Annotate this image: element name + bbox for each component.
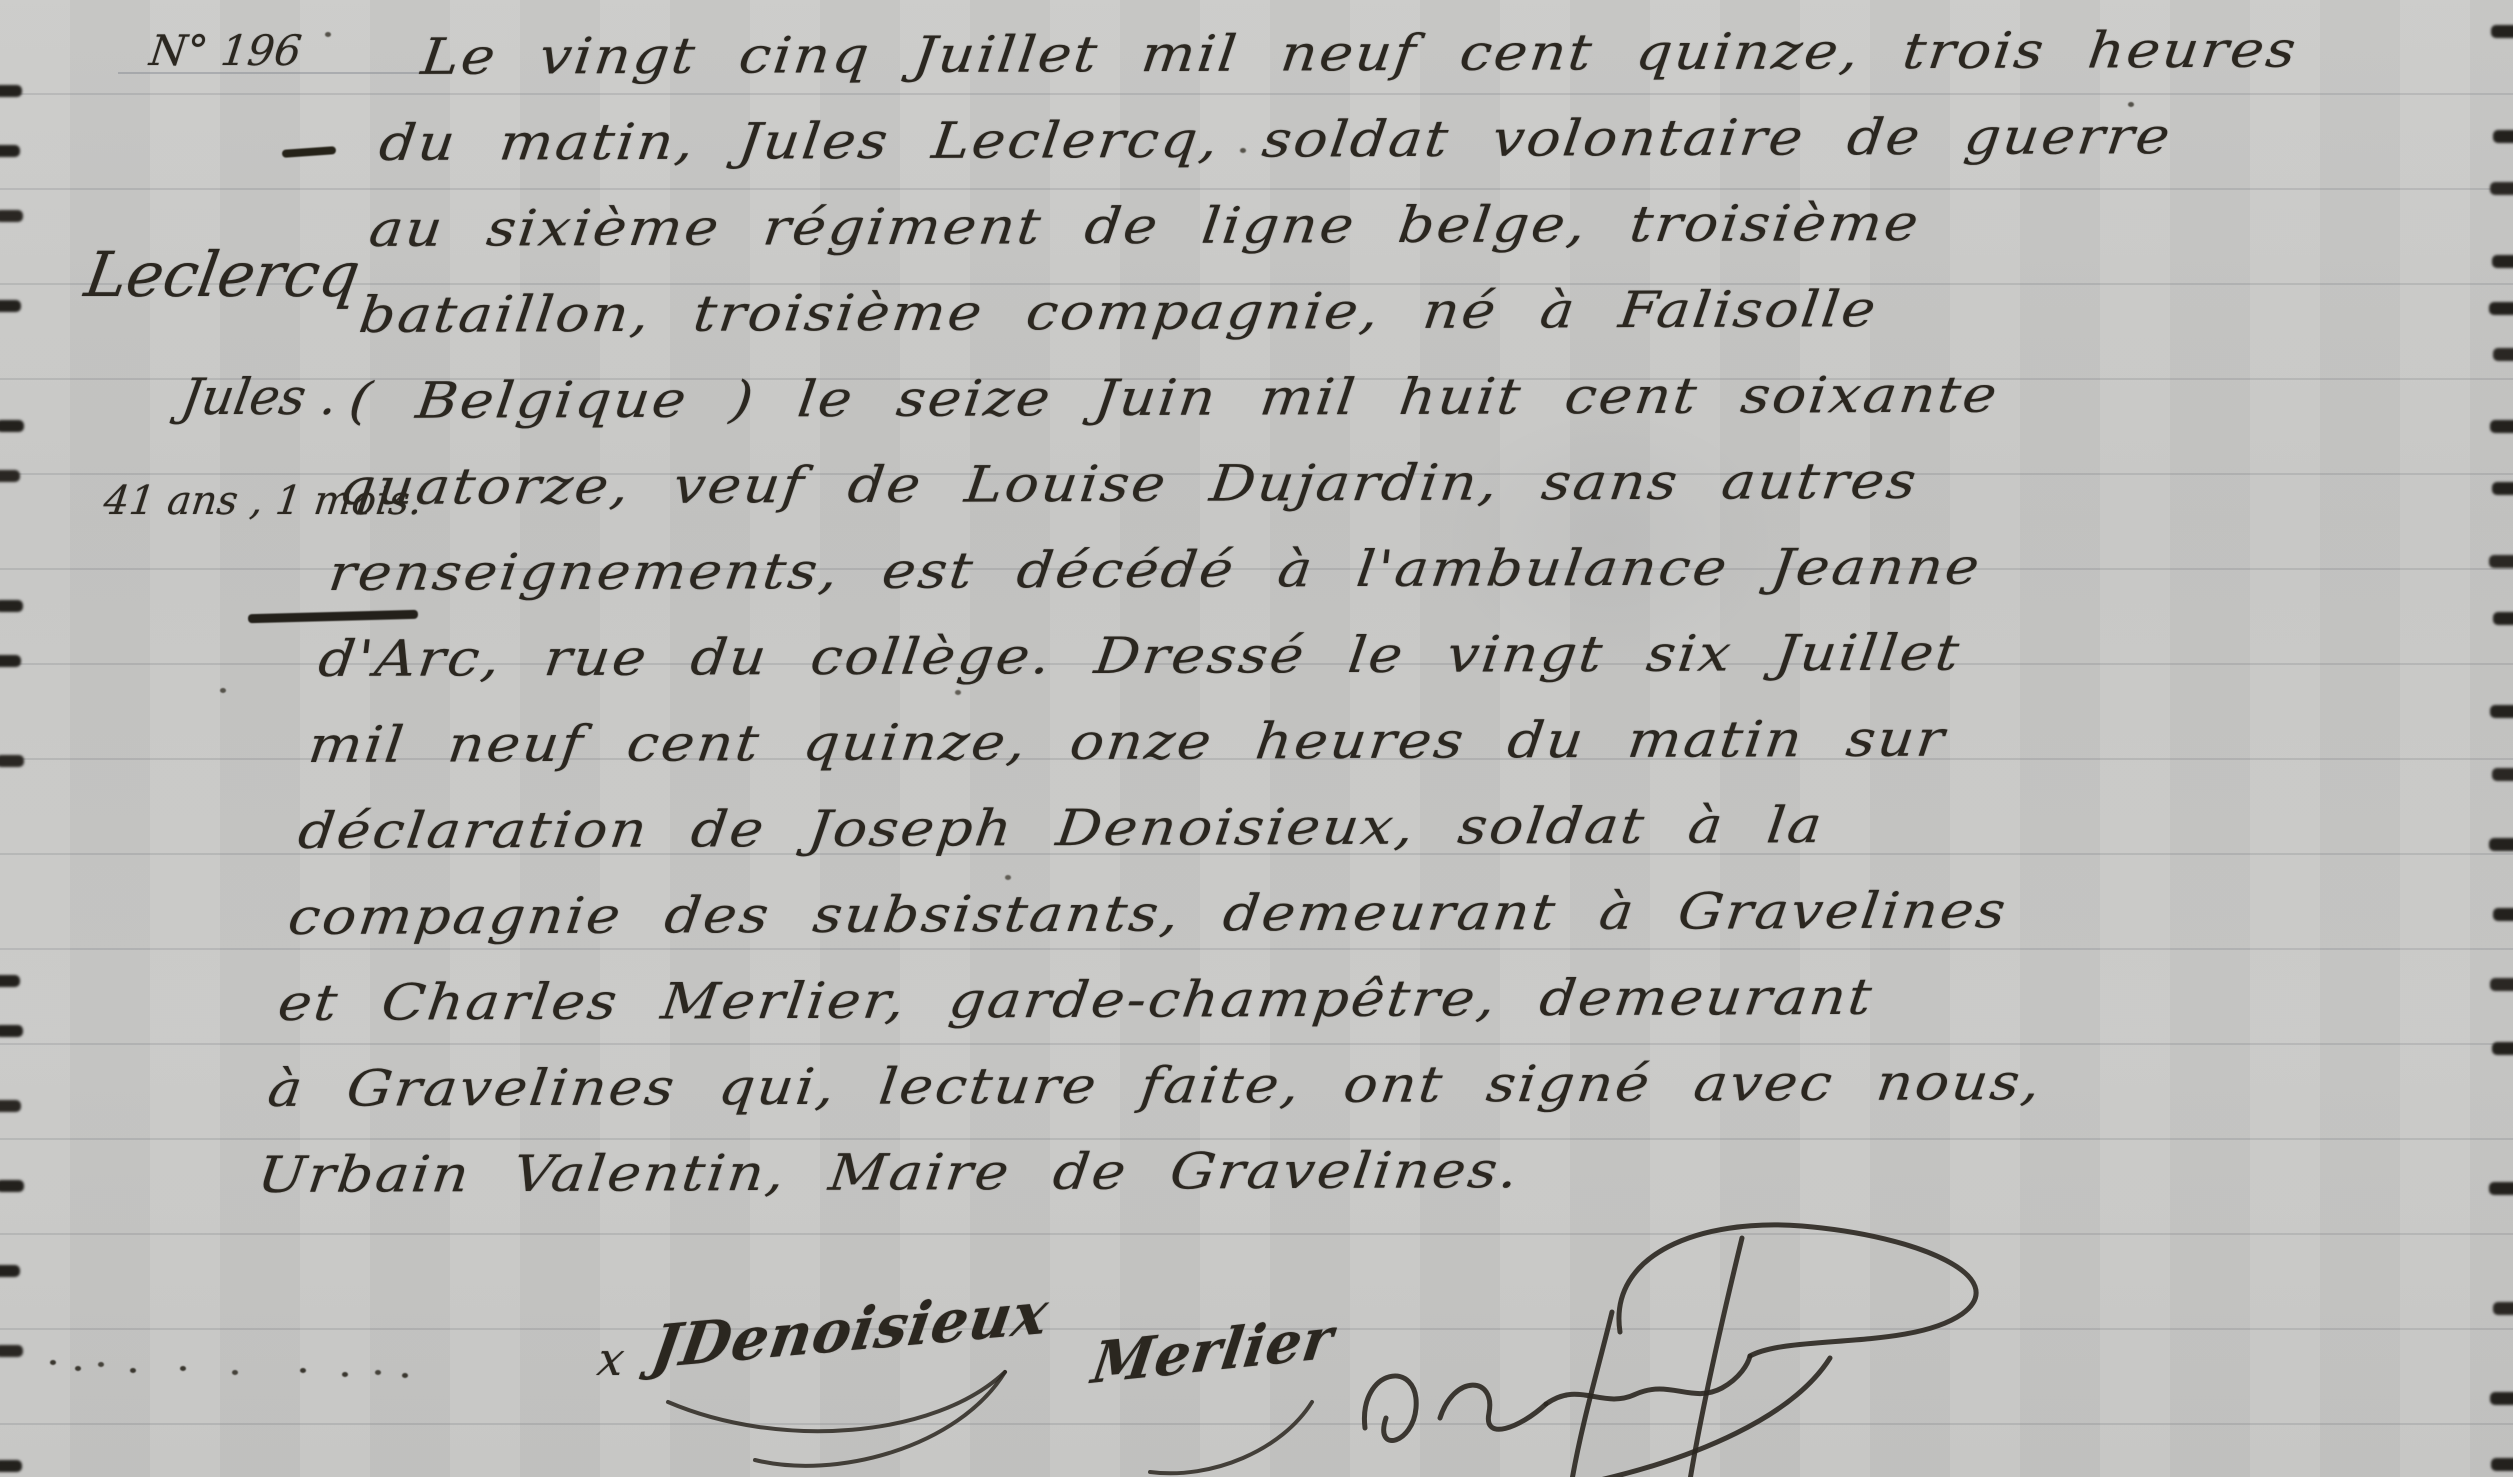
body-line: ( Belgique ) le seize Juin mil huit cent… bbox=[344, 349, 2513, 444]
body-line: d'Arc, rue du collège. Dressé le vingt s… bbox=[314, 607, 2513, 702]
body-line: mil neuf cent quinze, onze heures du mat… bbox=[304, 693, 2513, 788]
body-line: déclaration de Joseph Denoisieux, soldat… bbox=[294, 779, 2513, 874]
mayor-signature-flourish: Valentin bbox=[1270, 1160, 2070, 1477]
margin-surname: Leclercq bbox=[80, 238, 365, 311]
margin-given-name: Jules . bbox=[177, 368, 341, 426]
body-line: Le vingt cinq Juillet mil neuf cent quin… bbox=[385, 5, 2513, 100]
body-line: compagnie des subsistants, demeurant à G… bbox=[284, 865, 2513, 960]
death-register-page: N° 196 Leclercq Jules . 41 ans , 1 mois.… bbox=[0, 0, 2513, 1477]
body-line: et Charles Merlier, garde-champêtre, dem… bbox=[273, 951, 2513, 1046]
body-line: du matin, Jules Leclercq, soldat volonta… bbox=[375, 91, 2513, 186]
body-line: à Gravelines qui, lecture faite, ont sig… bbox=[263, 1037, 2513, 1132]
act-number: N° 196 bbox=[147, 26, 304, 75]
body-line: renseignements, est décédé à l'ambulance… bbox=[324, 521, 2513, 616]
body-line: bataillon, troisième compagnie, né à Fal… bbox=[354, 263, 2513, 358]
body-line: quatorze, veuf de Louise Dujardin, sans … bbox=[334, 435, 2513, 530]
act-body: Le vingt cinq Juillet mil neuf cent quin… bbox=[253, 5, 2513, 1218]
body-line: au sixième régiment de ligne belge, troi… bbox=[365, 177, 2513, 272]
